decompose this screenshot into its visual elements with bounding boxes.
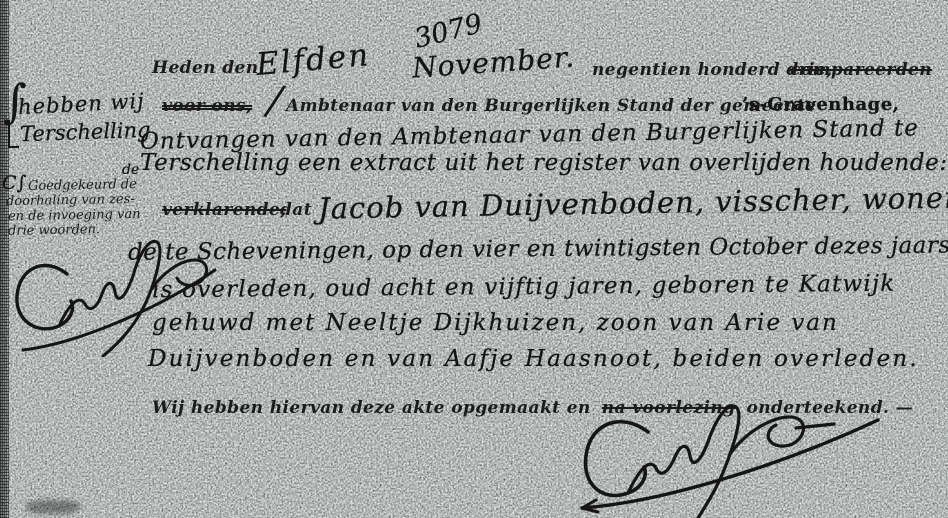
margin-insert-terschelling: Terschelling xyxy=(20,118,151,147)
printed-dat: dat xyxy=(280,200,312,220)
struck-compareerden: compareerden xyxy=(790,60,932,80)
scan-smudge xyxy=(26,500,80,514)
handwritten-name-line: Jacob van Duijvenboden, visscher, wonen xyxy=(318,180,948,225)
stray-dash: - xyxy=(922,60,929,80)
handwritten-gehuwd-line: gehuwd met Neeltje Dijkhuizen, zoon van … xyxy=(152,310,839,336)
struck-voor-ons: voor ons, xyxy=(162,96,252,116)
handwritten-ontvangen-line: Ontvangen van den Ambtenaar van den Burg… xyxy=(140,115,919,155)
handwritten-small-insert: de xyxy=(122,162,139,178)
closing-text-a: Wij hebben hiervan deze akte opgemaakt e… xyxy=(152,398,591,418)
margin-l-bracket xyxy=(8,120,19,148)
margin-insert-hebben-wij: hebben wij xyxy=(17,89,145,120)
official-signature-bottom xyxy=(548,400,900,518)
struck-verklarende: verklarende, xyxy=(162,200,286,220)
handwritten-day: Elfden xyxy=(255,37,372,83)
official-signature-margin xyxy=(5,232,223,357)
handwritten-scheveningen-line: de te Scheveningen, op den vier en twint… xyxy=(128,232,948,265)
printed-city-gravenhage: ’s-Gravenhage, xyxy=(742,94,899,115)
printed-ambtenaar-line: Ambtenaar van den Burgerlijken Stand der… xyxy=(286,96,816,116)
handwritten-overleden-line: is overleden, oud acht en vijftig jaren,… xyxy=(152,271,896,303)
death-record-scan: 3079 Heden den Elfden November. negentie… xyxy=(0,0,948,518)
approval-note-line3: en de invoeging van xyxy=(8,207,141,224)
approval-initial-mark: C∫ xyxy=(2,172,26,194)
handwritten-parents-line: Duijvenboden en van Aafje Haasnoot, beid… xyxy=(148,346,919,372)
insertion-slash-mark: ∕ xyxy=(266,77,284,124)
printed-heden-den: Heden den xyxy=(152,58,259,78)
handwritten-terschelling-extract-line: Terschelling een extract uit het registe… xyxy=(140,150,948,176)
